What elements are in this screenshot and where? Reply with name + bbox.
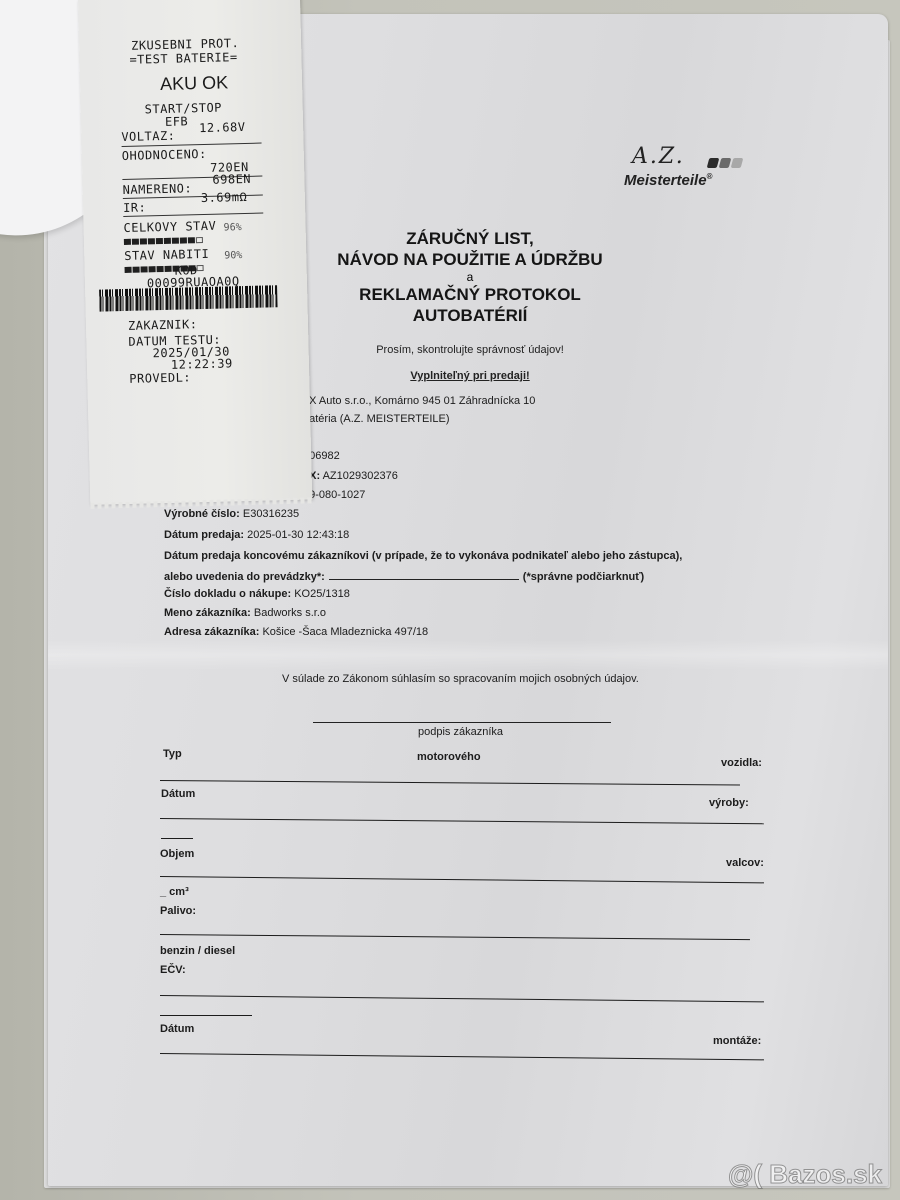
receipt-test-time: 12:22:39 xyxy=(171,356,233,372)
commissioning-date-blank[interactable] xyxy=(329,570,519,580)
receipt-measured-label: NAMERENO: xyxy=(122,181,192,197)
end-customer-sale-date-label: Dátum predaja koncovému zákazníkovi (v p… xyxy=(164,550,682,562)
seller-info: IIX Auto s.r.o., Komárno 945 01 Záhradní… xyxy=(303,395,535,407)
installation-date-label-2: montáže: xyxy=(713,1035,761,1047)
logo-bar xyxy=(707,158,720,168)
bar-segment xyxy=(141,266,148,272)
product-info: batéria (A.Z. MEISTERTEILE) xyxy=(303,413,450,425)
sale-date-field: Dátum predaja: 2025-01-30 12:43:18 xyxy=(164,529,349,541)
receipt-health-label: CELKOVY STAV xyxy=(123,219,216,235)
logo-bar xyxy=(731,158,744,168)
bar-segment xyxy=(149,266,156,272)
engine-volume-label-2: valcov: xyxy=(726,857,764,869)
bar-segment xyxy=(164,238,171,244)
paper-fold xyxy=(48,640,888,670)
logo-brand-name: Meisterteile® xyxy=(624,172,712,189)
bar-segment xyxy=(180,237,187,243)
commissioning-date-field: alebo uvedenia do prevádzky*:(*správne p… xyxy=(164,570,644,583)
receipt-customer-label: ZAKAZNIK: xyxy=(128,317,198,333)
customer-address-field: Adresa zákazníka: Košice -Šaca Mladeznic… xyxy=(164,626,428,638)
receipt-barcode xyxy=(99,285,277,311)
bar-segment xyxy=(172,238,179,244)
receipt-health-bar xyxy=(124,237,203,245)
product-number-partial: 49-080-1027 xyxy=(303,489,365,501)
signature-label: podpis zákazníka xyxy=(418,726,503,738)
bar-segment xyxy=(132,239,139,245)
engine-volume-unit: _ cm³ xyxy=(160,886,189,898)
bar-segment xyxy=(165,266,172,272)
production-date-short-line xyxy=(161,838,193,839)
document-title-block: ZÁRUČNÝ LIST, NÁVOD NA POUŽITIE A ÚDRŽBU… xyxy=(300,228,640,382)
receipt-charge-percent: 90% xyxy=(224,250,242,261)
bar-segment xyxy=(156,238,163,244)
signature-line[interactable] xyxy=(313,722,611,723)
vehicle-type-label: Typ xyxy=(163,748,182,760)
production-date-label: Dátum xyxy=(161,788,195,800)
bar-segment xyxy=(196,237,203,243)
bar-segment xyxy=(157,266,164,272)
receipt-performed-by-label: PROVEDL: xyxy=(129,370,191,386)
receipt-battery-type-2: EFB xyxy=(165,114,189,129)
bazos-watermark: @( Bazos.sk xyxy=(728,1159,882,1190)
title-line-2: NÁVOD NA POUŽITIE A ÚDRŽBU xyxy=(300,249,640,270)
fuel-label: Palivo: xyxy=(160,905,196,917)
engine-volume-label: Objem xyxy=(160,848,194,860)
vehicle-type-label-3: vozidla: xyxy=(721,757,762,769)
bar-segment xyxy=(125,267,132,273)
bar-segment xyxy=(140,238,147,244)
title-line-4: AUTOBATÉRIÍ xyxy=(300,305,640,326)
gdpr-consent-text: V súlade zo Zákonom súhlasím so spracova… xyxy=(282,673,639,685)
receipt-health-percent: 96% xyxy=(223,222,241,233)
logo-bars-icon xyxy=(708,158,742,168)
vehicle-type-label-2: motorového xyxy=(417,751,481,763)
serial-number-field: Výrobné číslo: E30316235 xyxy=(164,508,299,520)
check-data-note: Prosím, skontrolujte správnosť údajov! xyxy=(300,344,640,356)
product-ean-partial: IIX: AZ1029302376 xyxy=(303,470,398,482)
title-line-3: REKLAMAČNÝ PROTOKOL xyxy=(300,284,640,305)
receipt-result: AKU OK xyxy=(160,72,229,95)
receipt-header-2: =TEST BATERIE= xyxy=(129,50,237,67)
logo-bar xyxy=(719,158,732,168)
logo-initials: A.Z. xyxy=(632,144,685,169)
receipt-voltage-label: VOLTAZ: xyxy=(121,129,175,144)
installation-date-label: Dátum xyxy=(160,1023,194,1035)
license-plate-label: EČV: xyxy=(160,964,186,976)
customer-name-field: Meno zákazníka: Badworks s.r.o xyxy=(164,607,326,619)
receipt-ir-value: 3.69mΩ xyxy=(201,190,248,205)
title-line-1: ZÁRUČNÝ LIST, xyxy=(300,228,640,249)
bar-segment xyxy=(133,267,140,273)
fill-at-sale-note: Vyplniteľný pri predaji! xyxy=(300,370,640,382)
receipt-ir-label: IR: xyxy=(123,200,147,215)
receipt-voltage-value: 12.68V xyxy=(199,120,246,135)
receipt-measured-value: 698EN xyxy=(212,172,251,187)
battery-test-receipt: ZKUSEBNI PROT. =TEST BATERIE= AKU OK STA… xyxy=(78,0,312,505)
bar-segment xyxy=(148,238,155,244)
fuel-options: benzin / diesel xyxy=(160,945,235,957)
title-conjunction: a xyxy=(300,270,640,284)
license-plate-short-line xyxy=(160,1015,252,1016)
production-date-label-2: výroby: xyxy=(709,797,749,809)
receipt-charge-label: STAV NABITI xyxy=(124,247,209,263)
bar-segment xyxy=(124,239,131,245)
receipt-rated-label: OHODNOCENO: xyxy=(122,147,207,163)
bar-segment xyxy=(188,237,195,243)
receipt-number-field: Číslo dokladu o nákupe: KO25/1318 xyxy=(164,588,350,600)
